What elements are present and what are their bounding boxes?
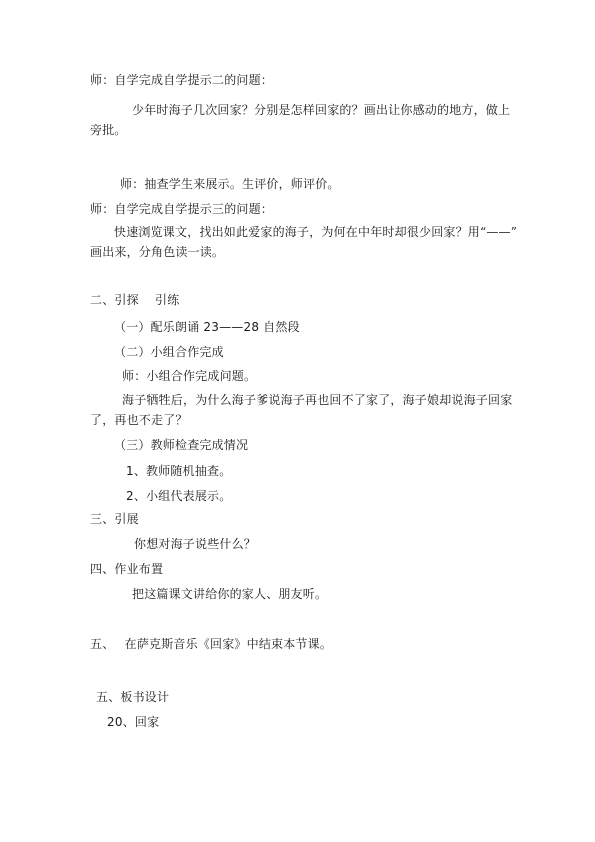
section-2-item-1: （一）配乐朗诵 23——28 自然段	[114, 320, 300, 334]
teacher-task-2: 师：自学完成自学提示二的问题：	[90, 73, 273, 87]
section-2-item-2-teacher: 师：小组合作完成问题。	[122, 369, 256, 383]
section-2-item-3-step-1: 1、教师随机抽查。	[126, 464, 231, 478]
section-2-question-line1: 海子牺牲后，为什么海子爹说海子再也回不了家了，海子娘却说海子回家	[122, 393, 512, 407]
section-3-prompt: 你想对海子说些什么？	[134, 537, 256, 551]
section-2-item-3: （三）教师检查完成情况	[114, 438, 248, 452]
board-design-heading: 五、板书设计	[96, 690, 169, 704]
question-3-line1: 快速浏览课文，找出如此爱家的海子，为何在中年时却很少回家？用“——”	[114, 225, 517, 239]
question-2-line1: 少年时海子几次回家？分别是怎样回家的？画出让你感动的地方，做上	[132, 103, 510, 117]
section-2-item-2: （二）小组合作完成	[114, 345, 224, 359]
section-2-heading: 二、引探 引练	[90, 293, 179, 307]
section-4-heading: 四、作业布置	[90, 562, 163, 576]
section-5-closing: 五、 在萨克斯音乐《回家》中结束本节课。	[90, 637, 332, 651]
question-2-line2: 旁批。	[90, 123, 127, 137]
board-design-title: 20、回家	[107, 715, 159, 729]
section-2-question-line2: 了，再也不走了？	[90, 413, 188, 427]
section-4-task: 把这篇课文讲给你的家人、朋友听。	[132, 587, 327, 601]
section-3-heading: 三、引展	[90, 512, 139, 526]
teacher-task-3: 师：自学完成自学提示三的问题：	[90, 202, 273, 216]
section-2-item-3-step-2: 2、小组代表展示。	[126, 489, 231, 503]
question-3-line2: 画出来，分角色读一读。	[90, 245, 224, 259]
teacher-check: 师：抽查学生来展示。生评价，师评价。	[120, 177, 340, 191]
